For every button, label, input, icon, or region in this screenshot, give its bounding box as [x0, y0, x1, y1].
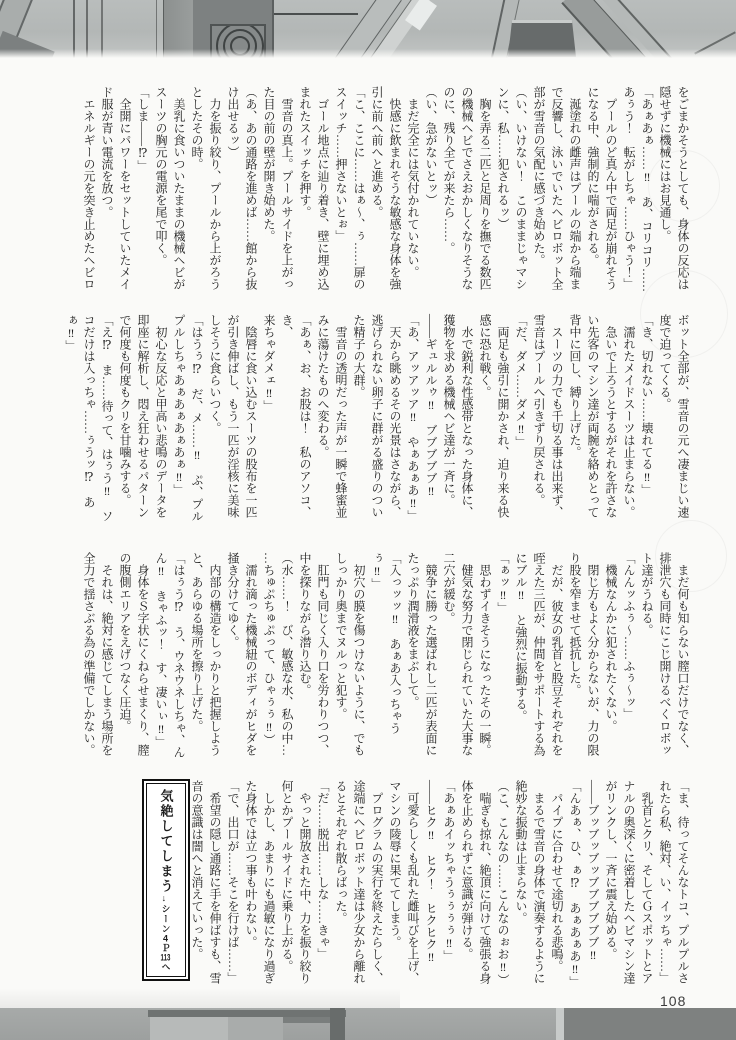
art-top-band	[148, 1010, 346, 1017]
scene-jump-link-mid: Ｐ	[161, 943, 171, 953]
text-band-1: をごまかそうとしても、身体の反応は 隠せずに機械にはお見通し。 「あぁあぁ……‼…	[78, 86, 692, 304]
art-emblem-plate	[210, 24, 266, 58]
art-light-line	[556, 1008, 564, 1040]
scene-jump-title: 気絶してしまう	[159, 789, 174, 894]
art-diagonal-beam	[0, 0, 33, 58]
art-funnel-plate	[508, 20, 576, 57]
scene-jump-box-inner: 気絶してしまう→シーン4Ｐ113へ	[146, 783, 186, 977]
scene-jump-text: 気絶してしまう→シーン4Ｐ113へ	[157, 789, 176, 972]
art-step	[283, 1017, 330, 1023]
art-vertical-line	[86, 0, 88, 58]
header-artwork	[0, 0, 736, 58]
art-panel-mid	[228, 1017, 283, 1040]
page-number: 108	[660, 993, 686, 1009]
art-dark-block	[564, 1008, 736, 1040]
scene-jump-box: 気絶してしまう→シーン4Ｐ113へ	[142, 779, 190, 981]
art-vertical-line	[73, 0, 75, 58]
text-band-2: ボット全部が、雪音の元へ凄まじい速 度で迫ってくる。 「き、切れない……壊れてる…	[78, 314, 692, 532]
art-horizontal-line	[274, 13, 358, 15]
footer-artwork	[0, 1008, 736, 1040]
art-vertical-line	[156, 0, 157, 58]
text-band-3: まだ何も知らない膣口だけでなく、 排泄穴も同時にこじ開けるべくロボッ ト達がうね…	[78, 552, 692, 770]
emblem-ring-icon	[230, 36, 250, 56]
art-pillar	[163, 0, 194, 58]
art-panel-light	[150, 1017, 228, 1040]
art-diagonal-line	[694, 31, 736, 54]
book-page: をごまかそうとしても、身体の反応は 隠せずに機械にはお見通し。 「あぁあぁ……‼…	[0, 0, 736, 1040]
scene-jump-link-pre: →シーン	[161, 894, 171, 934]
scene-number: 4	[161, 934, 171, 943]
target-page-number: 113	[161, 953, 171, 962]
scene-jump-link: →シーン4Ｐ113へ	[161, 894, 171, 972]
scene-jump-link-post: へ	[161, 962, 171, 972]
art-vertical-line	[101, 0, 103, 58]
art-corner-panel	[0, 31, 55, 58]
art-dark-bar	[330, 1008, 345, 1040]
